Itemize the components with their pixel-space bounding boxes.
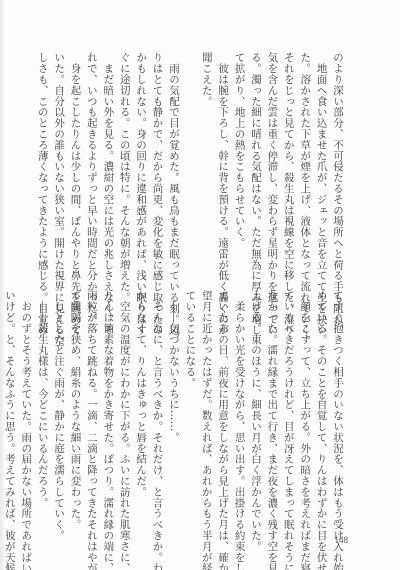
text-line: りはとても静かで、だから尚更、変化を敏に感じ取ったの xyxy=(149,52,165,252)
text-line: ているべきだろうけれど、目が冴えてしまって眠れそうに xyxy=(280,290,296,505)
text-line: しさも、このところ薄くなってきたように感じる。目覚め xyxy=(34,52,50,252)
text-line: 空気の温度がにわかに下がる。ふいに訪れた肌寒さに、 xyxy=(116,290,132,505)
text-line: てすぐ抱きつく相手のいない状況を、体はもう受け入れ始 xyxy=(330,290,346,505)
text-line: 上げる。東のほうに、細長い月が白く浮かんでいた。 xyxy=(248,290,264,505)
text-line xyxy=(182,52,198,252)
text-line: しとしたと注ぐ雨が、静かに庭を濡らしていく。 xyxy=(51,290,67,505)
text-line: ――殺生丸様は、今どこにいるんだろう。 xyxy=(34,290,50,505)
text-line: ぐに途切れる。この頃は特に。そんな朝が増えた。 xyxy=(116,52,132,252)
text-line: 聞こえた。 xyxy=(198,52,214,252)
text-line: それをじっと見てから、殺生丸は視線を空に移した。湿り xyxy=(280,52,296,252)
text-line: 雨の気配で目が覚めた。風も鳥もまだ眠っている刻。辺 xyxy=(166,52,182,252)
text-line: ていることになる。 xyxy=(182,290,198,505)
text-line: いけど。と、そんなふうに思う。考えてみれば、彼が天候 xyxy=(1,290,17,505)
text-line: た。溶かされた下草が煙を上げ、液体となって流れていく。 xyxy=(297,52,313,252)
text-block-bottom: てすぐ抱きつく相手のいない状況を、体はもう受け入れ始めている。そのことを自覚して… xyxy=(46,290,346,505)
text-line: 雨粒が落ちて跳ねる。一滴、二滴と降ってきたそれはやが xyxy=(84,290,100,505)
text-line: 気を含んだ雲は重く停滞し、変わらず星明かりを遮ってい xyxy=(264,52,280,252)
text-line: ていたあの日、前夜に用意をしながら見上げた月は、確か xyxy=(215,290,231,505)
text-line: おのずとそう考えていた。雨の届かない場所であればい xyxy=(18,290,34,505)
text-line: からなくて、りんはきゅっと唇を結んだ。 xyxy=(133,290,149,505)
text-line: る。濁った細に晴れる気配はない。ただ無為に厚みを増し xyxy=(248,52,264,252)
text-line: のより深い部分、不可侵たるその場所へと荷る手も阻ね、 xyxy=(330,52,346,252)
text-line: いた。自分以外の誰もいない狭い室。開けた視界に見える空 xyxy=(51,52,67,252)
text-line: て間隔を狭め、絹糸のような細い雨に変わった。 xyxy=(67,290,83,505)
page-number: 148 xyxy=(335,535,349,545)
text-line: そんなに、と言うべきか。それだけ、と言うべきか。わ xyxy=(149,290,165,505)
text-line: 柔らかい光を受けながら、思い出す。出掛ける約束をし xyxy=(231,290,247,505)
text-line: 彼は腕を下ろし、幹に背を預ける。遠雷が低く轟くのが xyxy=(215,52,231,252)
text-line: 地面へ食い込ませた爪が、ジェッと音を立てて土を抉い xyxy=(313,52,329,252)
text-line: めている。そのことを自覚して、りんはわずかに目を伏せた。 xyxy=(313,290,329,505)
text-line: れで、いつも起きるよりずっと早い時間だと分かった。 xyxy=(84,52,100,252)
text-line: て拡がり、地上の熱をこもらせていく。 xyxy=(231,52,247,252)
text-line: 望月に近かったはずだ。数えれば、あれからもう半月が経っ xyxy=(198,290,214,505)
text-block-top: のより深い部分、不可侵たるその場所へと荷る手も阻ね、 地面へ食い込ませた爪が、ジ… xyxy=(46,52,346,252)
text-line: ――気づかないうちに……。 xyxy=(166,290,182,505)
text-line: まだ暗い外を見る。濃紺の空には光の兆しさえなく、そ xyxy=(100,52,116,252)
text-line: 身を起こしたりんは少しの間、ぼんやりと鼻先を眺めて xyxy=(67,52,83,252)
text-line: なかった。濡れ縁まで出て行き、まだ夜を濃く残す空を見 xyxy=(264,290,280,505)
text-line: 顔をこすって、立ち上がる。外の暗さを考えればまだ寝 xyxy=(297,290,313,505)
text-line: りんは簡素な着物をかき寄せた。ぽつり。濡れ縁の端に、 xyxy=(100,290,116,505)
text-line: かもしれない。身の回りに違和感があれば、浅い眠りはす xyxy=(133,52,149,252)
